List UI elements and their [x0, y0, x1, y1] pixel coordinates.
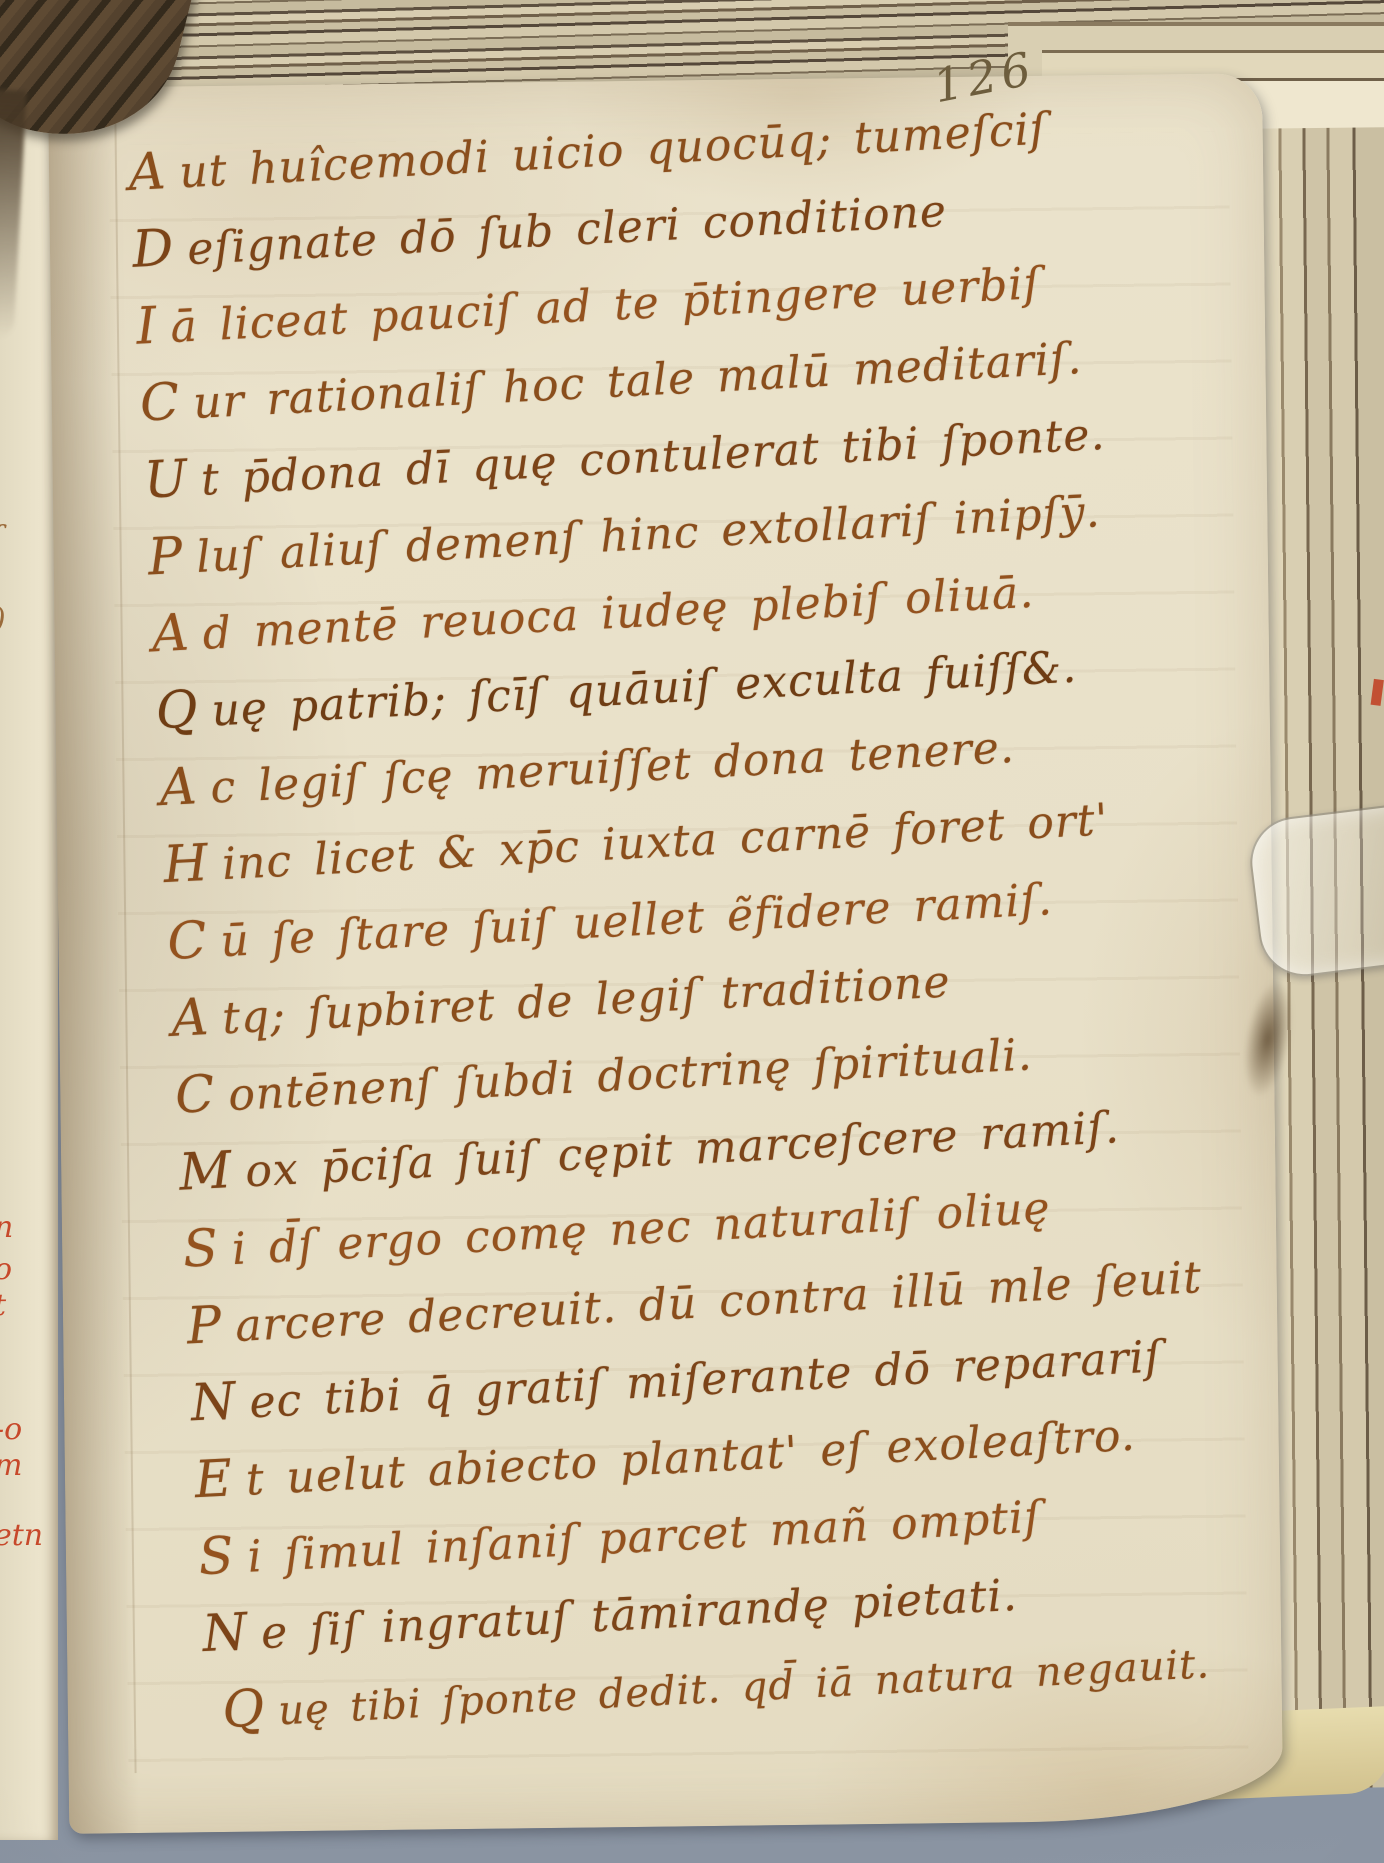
line-initial: A: [170, 988, 211, 1049]
line-initial: C: [166, 911, 209, 972]
line-initial: S: [182, 1219, 221, 1280]
line-initial: N: [201, 1603, 250, 1664]
poem-text: Aut huîcemodi uicio quocūq; tumeſciſ Deſ…: [127, 78, 1337, 1750]
line-initial: M: [178, 1141, 234, 1203]
line-initial: I: [135, 297, 159, 357]
line-initial: S: [197, 1526, 236, 1587]
margin-text-fragment: n: [0, 1210, 13, 1245]
margin-text-fragment: m: [0, 1448, 22, 1483]
margin-text-fragment: -o: [0, 1412, 22, 1447]
line-initial: A: [127, 142, 168, 203]
line-initial: A: [150, 604, 191, 665]
line-initial: U: [143, 449, 190, 510]
manuscript-page: Aut huîcemodi uicio quocūq; tumeſciſ Deſ…: [48, 73, 1283, 1834]
line-initial: D: [131, 219, 176, 280]
line-initial: C: [174, 1065, 217, 1126]
fore-edge-red-mark: [1371, 679, 1384, 706]
margin-text-fragment: o: [0, 1252, 12, 1287]
line-initial: P: [185, 1296, 223, 1357]
margin-text-fragment: ʃ: [0, 520, 2, 555]
manuscript-photo: tlnm ʃ)not-ometn Aut huîcemodi uicio quo…: [0, 0, 1384, 1863]
margin-text-fragment: ): [0, 602, 6, 637]
line-initial: A: [158, 757, 199, 818]
line-initial: N: [189, 1372, 238, 1433]
line-initial: C: [139, 373, 182, 434]
line-initial: Q: [154, 680, 200, 741]
line-initial: Q: [221, 1679, 267, 1740]
line-initial: H: [162, 834, 210, 895]
line-initial: E: [193, 1449, 234, 1510]
margin-text-fragment: etn: [0, 1518, 43, 1553]
margin-text-fragment: t: [0, 1288, 6, 1323]
line-initial: P: [147, 527, 185, 588]
